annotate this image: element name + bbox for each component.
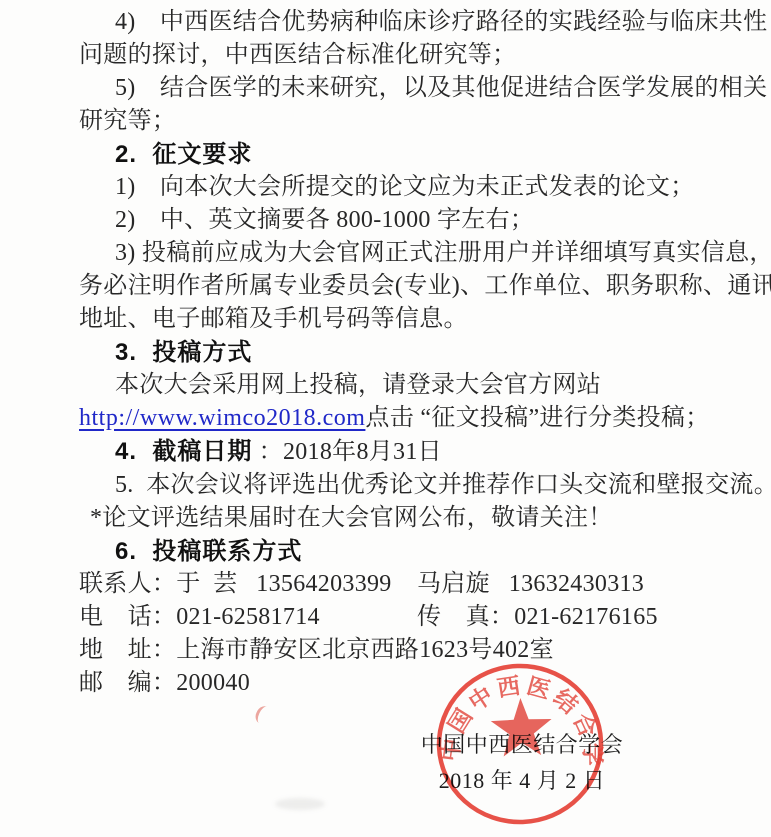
topic-item-4-line2: 问题的探讨，中西医结合标准化研究等； (79, 39, 739, 72)
topic-item-5-line2: 研究等； (79, 105, 739, 138)
requirement-item-3-line1: 3) 投稿前应成为大会官网正式注册用户并详细填写真实信息， (79, 237, 739, 270)
document-body: 4) 中西医结合优势病种临床诊疗路径的实践经验与临床共性 问题的探讨，中西医结合… (79, 6, 739, 700)
contact-postcode: 邮 编：200040 (79, 667, 739, 700)
requirement-item-1: 1) 向本次大会所提交的论文应为未正式发表的论文； (79, 171, 739, 204)
star-icon (490, 697, 553, 757)
contact-row-1: 联系人：于 芸 13564203399马启旋 13632430313 (79, 568, 739, 601)
section-2-heading: 2. 征文要求 (79, 138, 739, 171)
official-seal-stamp: 中国中西医结合学会 (431, 657, 609, 831)
submission-url-line: http://www.wimco2018.com点击 “征文投稿”进行分类投稿； (79, 402, 739, 435)
scan-smudge (275, 798, 325, 810)
after-link-text: 点击 “征文投稿”进行分类投稿； (365, 405, 709, 431)
contact-fax: 传 真：021-62176165 (417, 601, 658, 634)
section-6-heading: 6. 投稿联系方式 (79, 535, 739, 568)
deadline-value: ：2018年8月31日 (252, 439, 442, 465)
conference-website-link[interactable]: http://www.wimco2018.com (79, 405, 365, 431)
requirement-item-2: 2) 中、英文摘要各 800-1000 字左右； (79, 204, 739, 237)
topic-item-5-line1: 5) 结合医学的未来研究，以及其他促进结合医学发展的相关 (79, 72, 739, 105)
contact-phone: 电 话：021-62581714 (79, 601, 417, 634)
review-line: 5. 本次会议将评选出优秀论文并推荐作口头交流和壁报交流。 (79, 469, 739, 502)
ink-speck (253, 704, 273, 726)
scanned-document-page: 4) 中西医结合优势病种临床诊疗路径的实践经验与临床共性 问题的探讨，中西医结合… (0, 0, 771, 837)
requirement-item-3-line2: 务必注明作者所属专业委员会(专业)、工作单位、职务职称、通讯 (79, 270, 739, 303)
contact-address: 地 址：上海市静安区北京西路1623号402室 (79, 634, 739, 667)
topic-item-4-line1: 4) 中西医结合优势病种临床诊疗路径的实践经验与临床共性 (79, 6, 739, 39)
deadline-line: 4. 截稿日期 ：2018年8月31日 (79, 435, 739, 469)
contact-person-1: 联系人：于 芸 13564203399 (79, 568, 417, 601)
requirement-item-3-line3: 地址、电子邮箱及手机号码等信息。 (79, 303, 739, 336)
submission-intro: 本次大会采用网上投稿，请登录大会官方网站 (79, 369, 739, 402)
contact-row-2: 电 话：021-62581714传 真：021-62176165 (79, 601, 739, 634)
deadline-label: 4. 截稿日期 (115, 438, 252, 465)
contact-person-2: 马启旋 13632430313 (417, 568, 644, 601)
section-3-heading: 3. 投稿方式 (79, 336, 739, 369)
review-note: *论文评选结果届时在大会官网公布，敬请关注！ (79, 502, 739, 535)
